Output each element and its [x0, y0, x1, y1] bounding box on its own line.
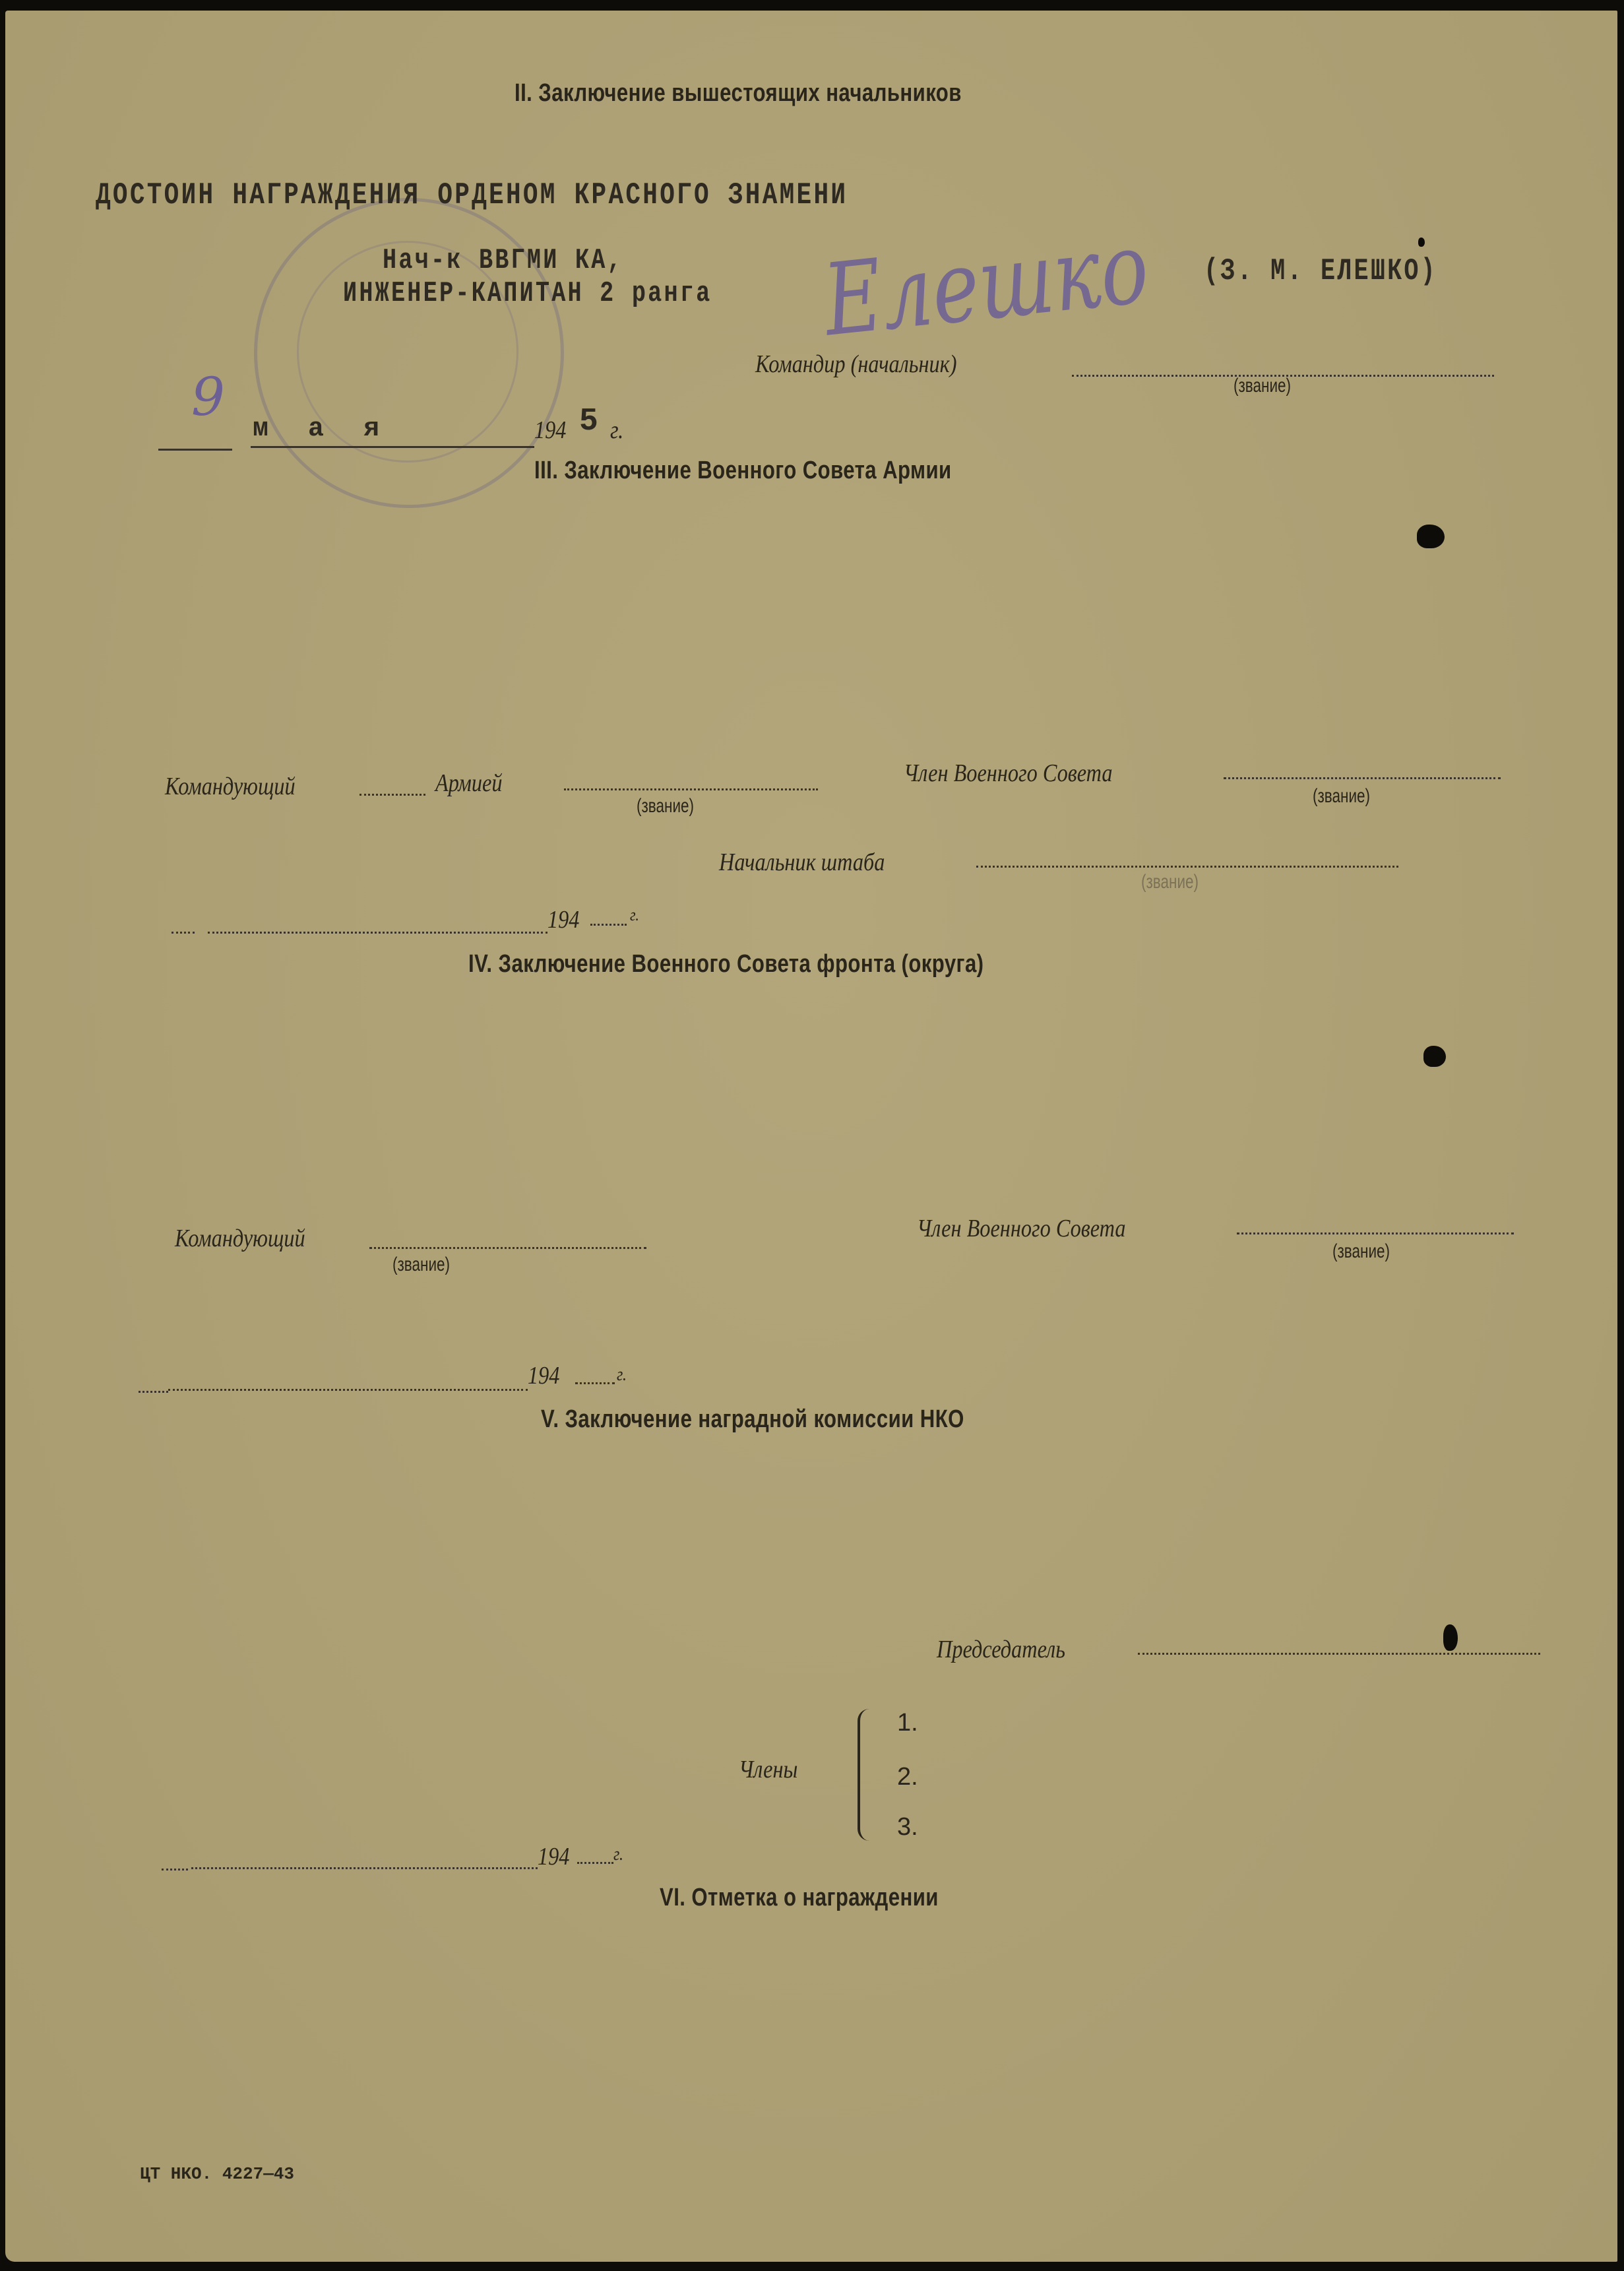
date-year-line	[590, 924, 627, 926]
date-month-line	[208, 932, 547, 934]
date-month-line	[191, 1867, 538, 1869]
member-2-number: 2.	[897, 1763, 918, 1791]
section-2-heading: II. Заключение вышестоящих начальников	[515, 79, 962, 108]
date-year-prefix: 194	[538, 1842, 569, 1871]
typed-position-line1: Нач-к ВВГМИ КА,	[383, 244, 623, 277]
typed-conclusion: ДОСТОИН НАГРАЖДЕНИЯ ОРДЕНОМ КРАСНОГО ЗНА…	[96, 178, 848, 212]
date-g: г.	[617, 1364, 627, 1386]
paper-hole	[1417, 525, 1445, 548]
rank-caption: (звание)	[1234, 375, 1291, 397]
chief-of-staff-line	[976, 866, 1398, 868]
member-3-number: 3.	[897, 1813, 918, 1841]
army-council-member-label: Член Военного Совета	[904, 759, 1113, 788]
chairman-label: Председатель	[937, 1635, 1065, 1664]
front-council-member-label: Член Военного Совета	[917, 1214, 1126, 1243]
date-year-prefix: 194	[534, 416, 566, 445]
front-council-member-line	[1237, 1232, 1514, 1234]
members-label: Члены	[739, 1755, 797, 1784]
front-commander-label: Командующий	[175, 1224, 305, 1253]
date-year-suffix: 5	[579, 404, 601, 439]
section-5-heading: V. Заключение наградной комиссии НКО	[541, 1405, 964, 1434]
date-day-line	[162, 1869, 188, 1871]
section-4-heading: IV. Заключение Военного Совета фронта (о…	[468, 950, 984, 978]
army-council-member-line	[1224, 777, 1501, 779]
date-day-line	[172, 932, 195, 934]
date-year-prefix: 194	[547, 905, 579, 934]
rank-caption: (звание)	[392, 1254, 450, 1276]
member-1-number: 1.	[897, 1709, 918, 1737]
date-year-line	[575, 1382, 615, 1384]
date-month-line	[168, 1389, 528, 1391]
typed-signatory-name: (З. М. ЕЛЕШКО)	[1204, 254, 1437, 288]
paper-hole	[1443, 1624, 1458, 1651]
chief-of-staff-label: Начальник штаба	[719, 848, 885, 877]
date-year-line	[577, 1862, 613, 1864]
date-day-line	[139, 1391, 168, 1393]
date-month-line	[251, 446, 534, 448]
rank-caption: (звание)	[1313, 785, 1370, 808]
chairman-line	[1138, 1653, 1540, 1655]
date-g: г.	[630, 905, 639, 925]
section-3-heading: III. Заключение Военного Совета Армии	[534, 457, 952, 485]
army-commander-line-b	[564, 788, 818, 790]
members-brace	[858, 1709, 869, 1841]
handwritten-day: 9	[191, 366, 225, 428]
paper-hole	[1418, 238, 1425, 247]
date-g: г.	[610, 416, 623, 445]
paper-hole	[1423, 1046, 1446, 1067]
print-code: ЦТ НКО. 4227—43	[140, 2164, 294, 2184]
rank-caption: (звание)	[1141, 871, 1199, 893]
section-6-heading: VI. Отметка о награждении	[660, 1884, 939, 1912]
rank-caption: (звание)	[637, 795, 694, 817]
army-commander-suffix: Армией	[435, 769, 503, 798]
date-day-line	[158, 449, 232, 451]
front-commander-line	[369, 1247, 646, 1249]
typed-position-line2: ИНЖЕНЕР-КАПИТАН 2 ранга	[343, 277, 712, 310]
document-page	[5, 11, 1617, 2262]
date-g: г.	[613, 1844, 623, 1865]
rank-caption: (звание)	[1332, 1240, 1390, 1263]
army-commander-label: Командующий	[165, 772, 296, 801]
army-commander-line-a	[359, 794, 425, 796]
date-year-prefix: 194	[528, 1361, 559, 1390]
date-month: м а я	[253, 414, 391, 444]
commander-label: Командир (начальник)	[755, 350, 957, 379]
